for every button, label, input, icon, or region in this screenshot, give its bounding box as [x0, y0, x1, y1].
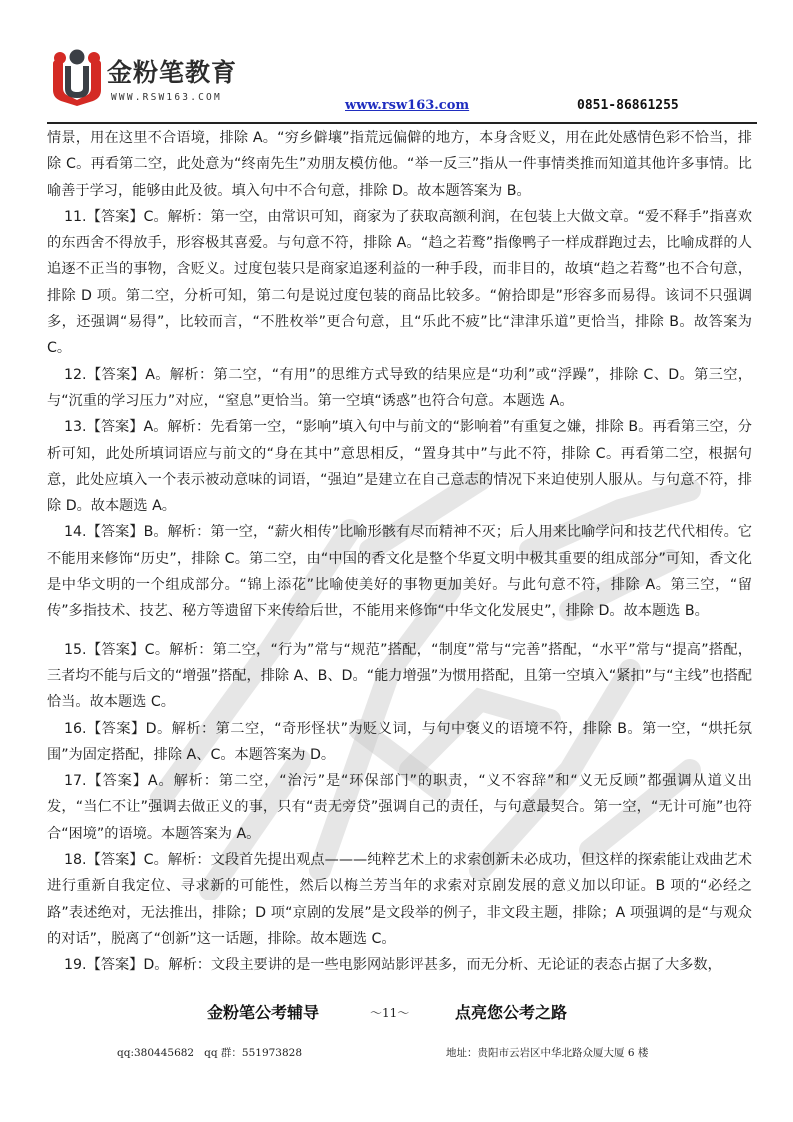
paragraph-gap: [47, 625, 752, 637]
paragraph-q14: 14.【答案】B。解析：第一空，“薪火相传”比喻形骸有尽而精神不灭；后人用来比喻…: [47, 519, 752, 624]
paragraph-q15: 15.【答案】C。解析：第二空，“行为”常与“规范”搭配，“制度”常与“完善”搭…: [47, 637, 752, 716]
paragraph-q18: 18.【答案】C。解析：文段首先提出观点———纯粹艺术上的求索创新未必成功，但这…: [47, 847, 752, 952]
brand-url: WWW.RSW163.COM: [111, 92, 222, 103]
paragraph-q10-continued: 情景，用在这里不合语境，排除 A。“穷乡僻壤”指荒远偏僻的地方，本身含贬义，用在…: [47, 125, 752, 204]
page-header: 金粉笔教育 WWW.RSW163.COM www.rsw163.com 0851…: [47, 40, 757, 124]
page-number: ～11～: [370, 1004, 409, 1021]
paragraph-q13: 13.【答案】A。解析：先看第一空，“影响”填入句中与前文的“影响着”有重复之嫌…: [47, 414, 752, 519]
logo-emblem-icon: [49, 48, 105, 106]
qq-number: qq:380445682: [117, 1047, 194, 1059]
footer-qq-info: qq:380445682 qq 群：551973828: [117, 1045, 302, 1060]
footer-slogan-left: 金粉笔公考辅导: [207, 1000, 319, 1023]
paragraph-q12: 12.【答案】A。解析：第二空，“有用”的思维方式导致的结果应是“功利”或“浮躁…: [47, 362, 752, 415]
paragraph-q17: 17.【答案】A。解析：第二空，“治污”是“环保部门”的职责，“义不容辞”和“义…: [47, 768, 752, 847]
paragraph-q11: 11.【答案】C。解析：第一空，由常识可知，商家为了获取高额利润，在包装上大做文…: [47, 204, 752, 362]
footer-contact: qq:380445682 qq 群：551973828 地址：贵阳市云岩区中华北…: [0, 1045, 793, 1065]
qq-group: qq 群：551973828: [204, 1047, 302, 1059]
brand-logo: 金粉笔教育 WWW.RSW163.COM: [47, 46, 277, 112]
answer-explanations: 情景，用在这里不合语境，排除 A。“穷乡僻壤”指荒远偏僻的地方，本身含贬义，用在…: [47, 125, 752, 979]
footer-address: 地址：贵阳市云岩区中华北路众厦大厦 6 楼: [446, 1045, 648, 1060]
paragraph-q19: 19.【答案】D。解析：文段主要讲的是一些电影网站影评甚多，而无分析、无论证的表…: [47, 952, 752, 978]
header-divider: [47, 122, 757, 124]
page-footer: 金粉笔公考辅导 ～11～ 点亮您公考之路: [0, 1000, 793, 1030]
phone-number: 0851-86861255: [577, 98, 679, 113]
footer-slogan-right: 点亮您公考之路: [455, 1000, 567, 1023]
paragraph-q16: 16.【答案】D。解析：第二空，“奇形怪状”为贬义词，与句中褒义的语境不符，排除…: [47, 716, 752, 769]
website-link[interactable]: www.rsw163.com: [345, 98, 469, 113]
brand-name: 金粉笔教育: [107, 58, 237, 88]
